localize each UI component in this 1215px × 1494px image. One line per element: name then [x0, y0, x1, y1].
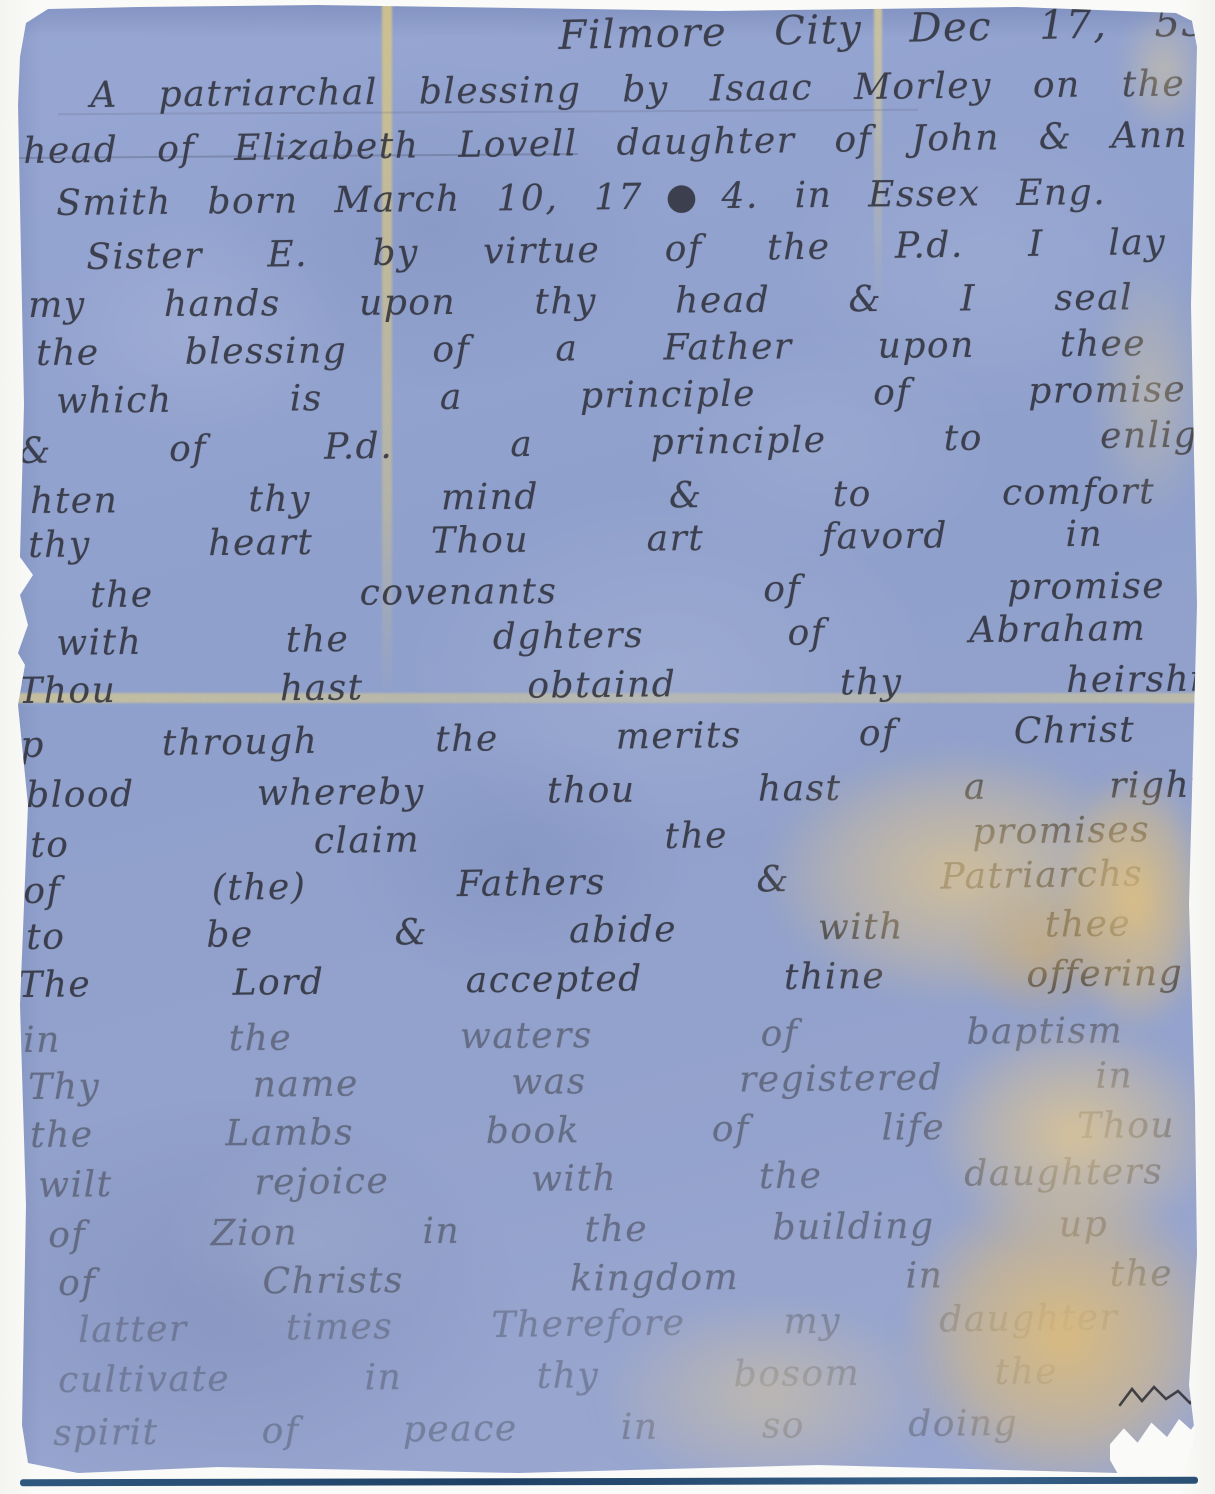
- manuscript-line: & of P.d. a principle to enlig: [18, 415, 1198, 473]
- manuscript-line: blood whereby thou hast a right: [26, 765, 1206, 817]
- manuscript-page: Filmore City Dec 17, 53A patriarchal ble…: [18, 5, 1200, 1481]
- manuscript-line: the blessing of a Father upon thee: [36, 323, 1146, 374]
- manuscript-line: The Lord accepted thine offering: [18, 953, 1183, 1007]
- manuscript-line: cultivate in thy bosom the: [58, 1351, 1058, 1401]
- handwritten-text: Filmore City Dec 17, 53A patriarchal ble…: [18, 5, 1200, 1481]
- manuscript-line: wilt rejoice with the daughters: [38, 1151, 1163, 1206]
- manuscript-line: Thou hast obtaind thy heirshi: [18, 659, 1203, 713]
- manuscript-line: A patriarchal blessing by Isaac Morley o…: [90, 64, 1185, 117]
- manuscript-line: in the waters of baptism: [23, 1010, 1123, 1061]
- manuscript-line: thy heart Thou art favord in: [28, 514, 1103, 567]
- dateline: Filmore City Dec 17, 53: [558, 0, 1209, 59]
- manuscript-line: Thy name was registered in: [28, 1055, 1133, 1108]
- manuscript-line: Smith born March 10, 17●4. in Essex Eng.: [56, 172, 1106, 224]
- manuscript-line: which is a principle of promise: [56, 369, 1186, 422]
- manuscript-line: head of Elizabeth Lovell daughter of Joh…: [23, 115, 1188, 173]
- manuscript-line: of Christs kingdom in the: [58, 1253, 1173, 1304]
- manuscript-line: my hands upon thy head & I seal: [28, 277, 1133, 326]
- manuscript-line: latter times Therefore my daughter: [78, 1297, 1118, 1351]
- page-bottom-edge: [20, 1477, 1198, 1486]
- manuscript-line: p through the merits of Christ: [20, 709, 1135, 766]
- manuscript-line: spirit of peace in so doing: [53, 1403, 1018, 1454]
- manuscript-line: to be & abide with thee: [26, 904, 1131, 959]
- manuscript-line: with the dghters of Abraham: [56, 608, 1146, 665]
- manuscript-line: Sister E. by virtue of the P.d. I lay: [86, 222, 1166, 278]
- manuscript-line: the Lambs book of life Thou: [30, 1105, 1175, 1156]
- manuscript-line: of Zion in the building up: [48, 1204, 1108, 1256]
- pen-scribble: [1118, 1383, 1198, 1413]
- scan-background: Filmore City Dec 17, 53A patriarchal ble…: [0, 0, 1215, 1494]
